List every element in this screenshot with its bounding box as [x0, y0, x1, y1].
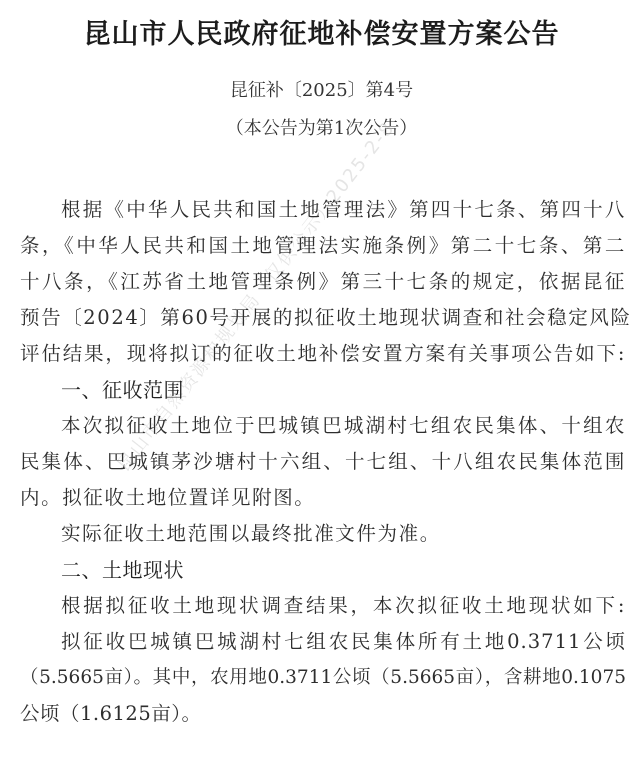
scope-line-1: 本次拟征收土地位于巴城镇巴城湖村七组农民集体、十组农 [61, 412, 626, 440]
scope-note: 实际征收土地范围以最终批准文件为准。 [61, 520, 626, 548]
status-line-3: 公顷（1.6125亩）。 [20, 700, 626, 728]
intro-line-1: 根据《中华人民共和国土地管理法》第四十七条、第四十八 [61, 196, 626, 224]
status-intro: 根据拟征收土地现状调查结果，本次拟征收土地现状如下: [61, 592, 626, 620]
status-line-2: （5.5665亩）。其中，农用地0.3711公顷（5.5665亩），含耕地0.1… [20, 664, 626, 692]
document-number: 昆征补〔2025〕第4号 [0, 76, 643, 102]
section-heading-status: 二、土地现状 [61, 556, 626, 584]
intro-line-2: 条，《中华人民共和国土地管理法实施条例》第二十七条、第二 [20, 232, 626, 260]
intro-line-5: 评估结果，现将拟订的征收土地补偿安置方案有关事项公告如下: [20, 340, 626, 368]
intro-line-3: 十八条，《江苏省土地管理条例》第三十七条的规定，依据昆征 [20, 268, 626, 296]
scope-line-3: 内。拟征收土地位置详见附图。 [20, 484, 626, 512]
document-title: 昆山市人民政府征地补偿安置方案公告 [0, 12, 643, 51]
scope-line-2: 民集体、巴城镇茅沙塘村十六组、十七组、十八组农民集体范围 [20, 448, 626, 476]
issue-note: （本公告为第1次公告） [0, 114, 643, 140]
status-line-1: 拟征收巴城镇巴城湖村七组农民集体所有土地0.3711公顷 [61, 628, 626, 656]
section-heading-scope: 一、征收范围 [61, 376, 626, 404]
intro-line-4: 预告〔2024〕第60号开展的拟征收土地现状调查和社会稳定风险 [20, 304, 626, 332]
